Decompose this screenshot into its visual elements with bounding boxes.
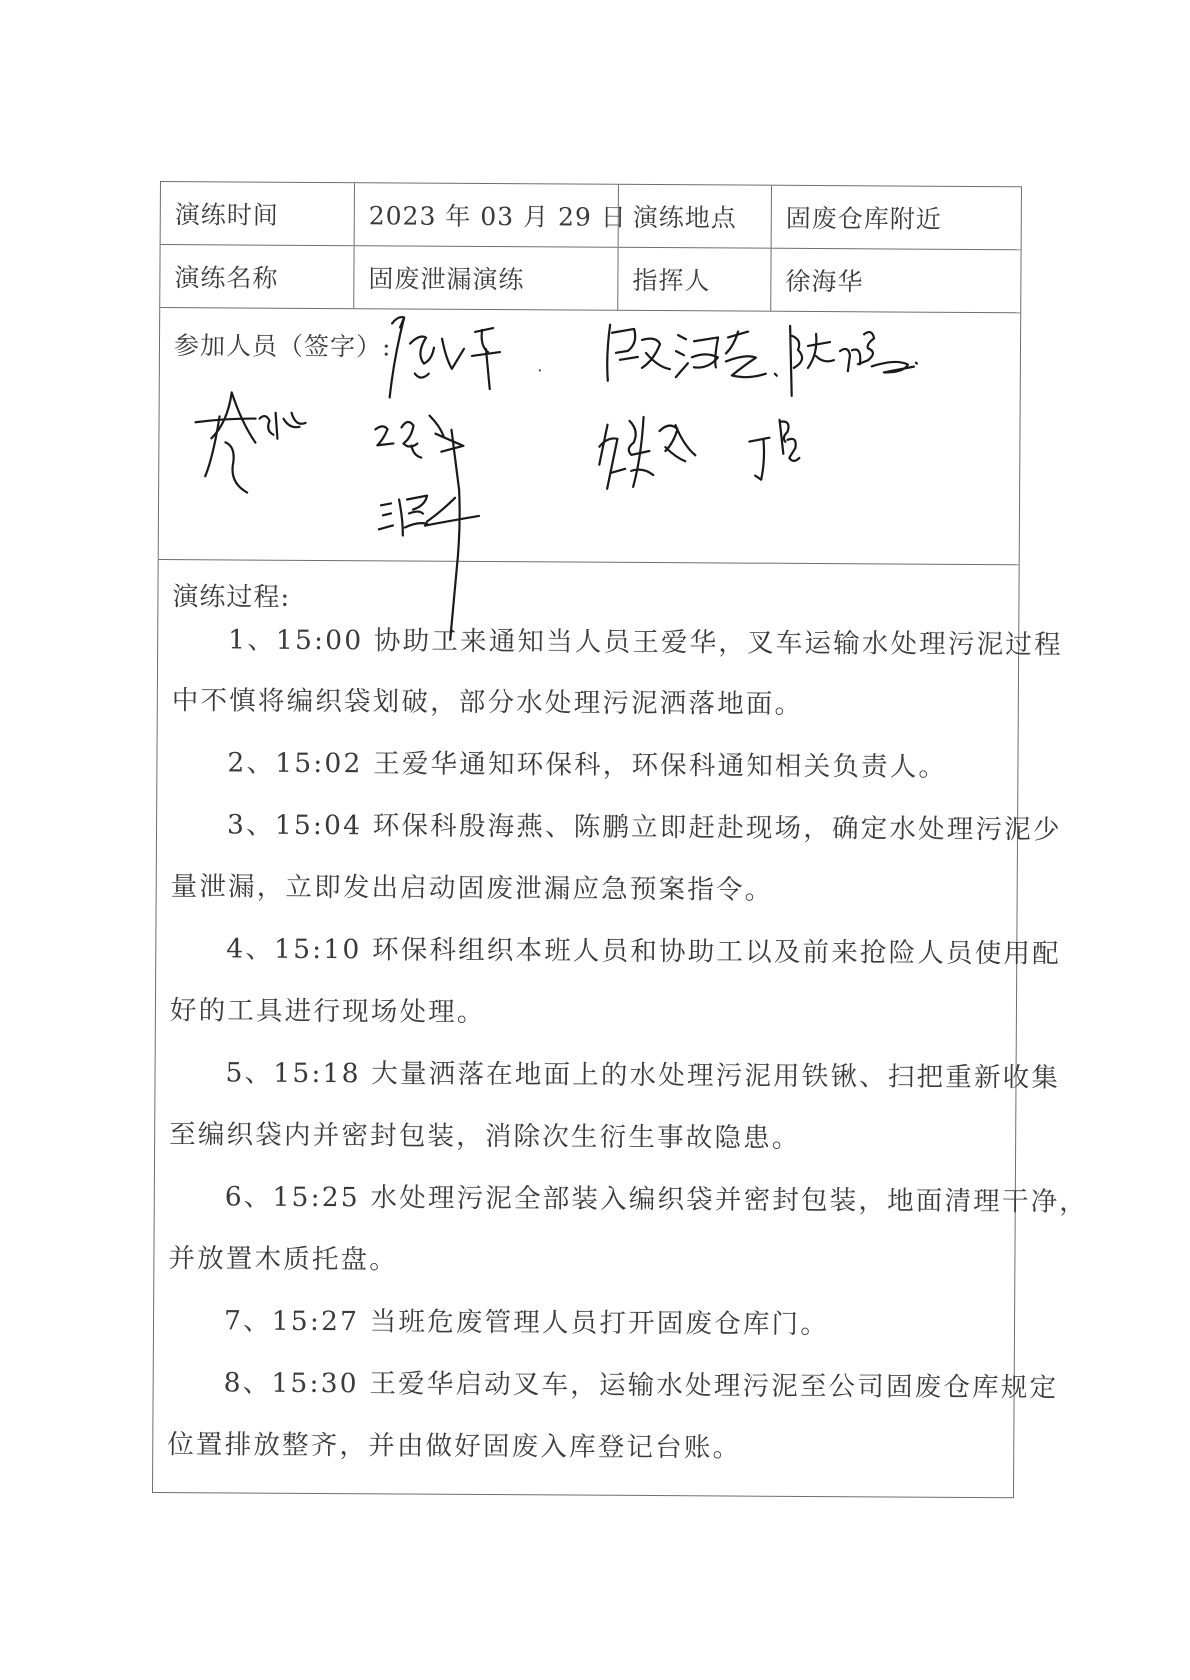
commander-label: 指挥人 [617, 248, 770, 311]
process-line: 5、15:18 大量洒落在地面上的水处理污泥用铁锹、扫把重新收集 [225, 1057, 1060, 1094]
drill-name-value: 固废泄漏演练 [353, 246, 617, 310]
process-line: 2、15:02 王爱华通知环保科，环保科通知相关负责人。 [227, 747, 947, 783]
drill-location-label: 演练地点 [618, 185, 771, 248]
process-line: 3、15:04 环保科殷海燕、陈鹏立即赶赴现场，确定水处理污泥少 [227, 809, 1062, 846]
process-line: 4、15:10 环保科组织本班人员和协助工以及前来抢险人员使用配 [226, 933, 1061, 970]
process-line: 量泄漏，立即发出启动固废泄漏应急预案指令。 [171, 871, 774, 907]
drill-name-label: 演练名称 [160, 245, 353, 308]
process-line: 1、15:00 协助工来通知当人员王爱华，叉车运输水处理污泥过程 [228, 624, 1063, 661]
process-line: 并放置木质托盘。 [168, 1243, 398, 1276]
drill-time-value: 2023 年 03 月 29 日 [354, 183, 618, 247]
process-line: 8、15:30 王爱华启动叉车，运输水处理污泥至公司固废仓库规定 [224, 1367, 1059, 1404]
participants-label: 参加人员（签字）: [174, 326, 392, 363]
form-row-time-location: 演练时间 2023 年 03 月 29 日 演练地点 固废仓库附近 [161, 182, 1021, 250]
process-line: 6、15:25 水处理污泥全部装入编织袋并密封包装，地面清理干净， [225, 1181, 1088, 1218]
drill-time-label: 演练时间 [161, 182, 354, 245]
process-line: 至编织袋内并密封包装，消除次生衍生事故隐患。 [169, 1119, 801, 1155]
participants-row: 参加人员（签字）: [159, 308, 1021, 565]
commander-value: 徐海华 [770, 249, 1022, 313]
process-line: 中不慎将编织袋划破，部分水处理污泥洒落地面。 [172, 685, 804, 721]
process-line: 7、15:27 当班危废管理人员打开固废仓库门。 [224, 1305, 829, 1341]
drill-record-form: 演练时间 2023 年 03 月 29 日 演练地点 固废仓库附近 演练名称 固… [152, 181, 1022, 1498]
form-row-name-commander: 演练名称 固废泄漏演练 指挥人 徐海华 [160, 245, 1020, 313]
process-line: 好的工具进行现场处理。 [170, 995, 486, 1029]
document-page: 演练时间 2023 年 03 月 29 日 演练地点 固废仓库附近 演练名称 固… [0, 0, 1190, 1680]
process-title: 演练过程: [172, 576, 290, 614]
drill-location-value: 固废仓库附近 [771, 186, 1023, 250]
process-line: 位置排放整齐，并由做好固废入库登记台账。 [167, 1429, 741, 1465]
